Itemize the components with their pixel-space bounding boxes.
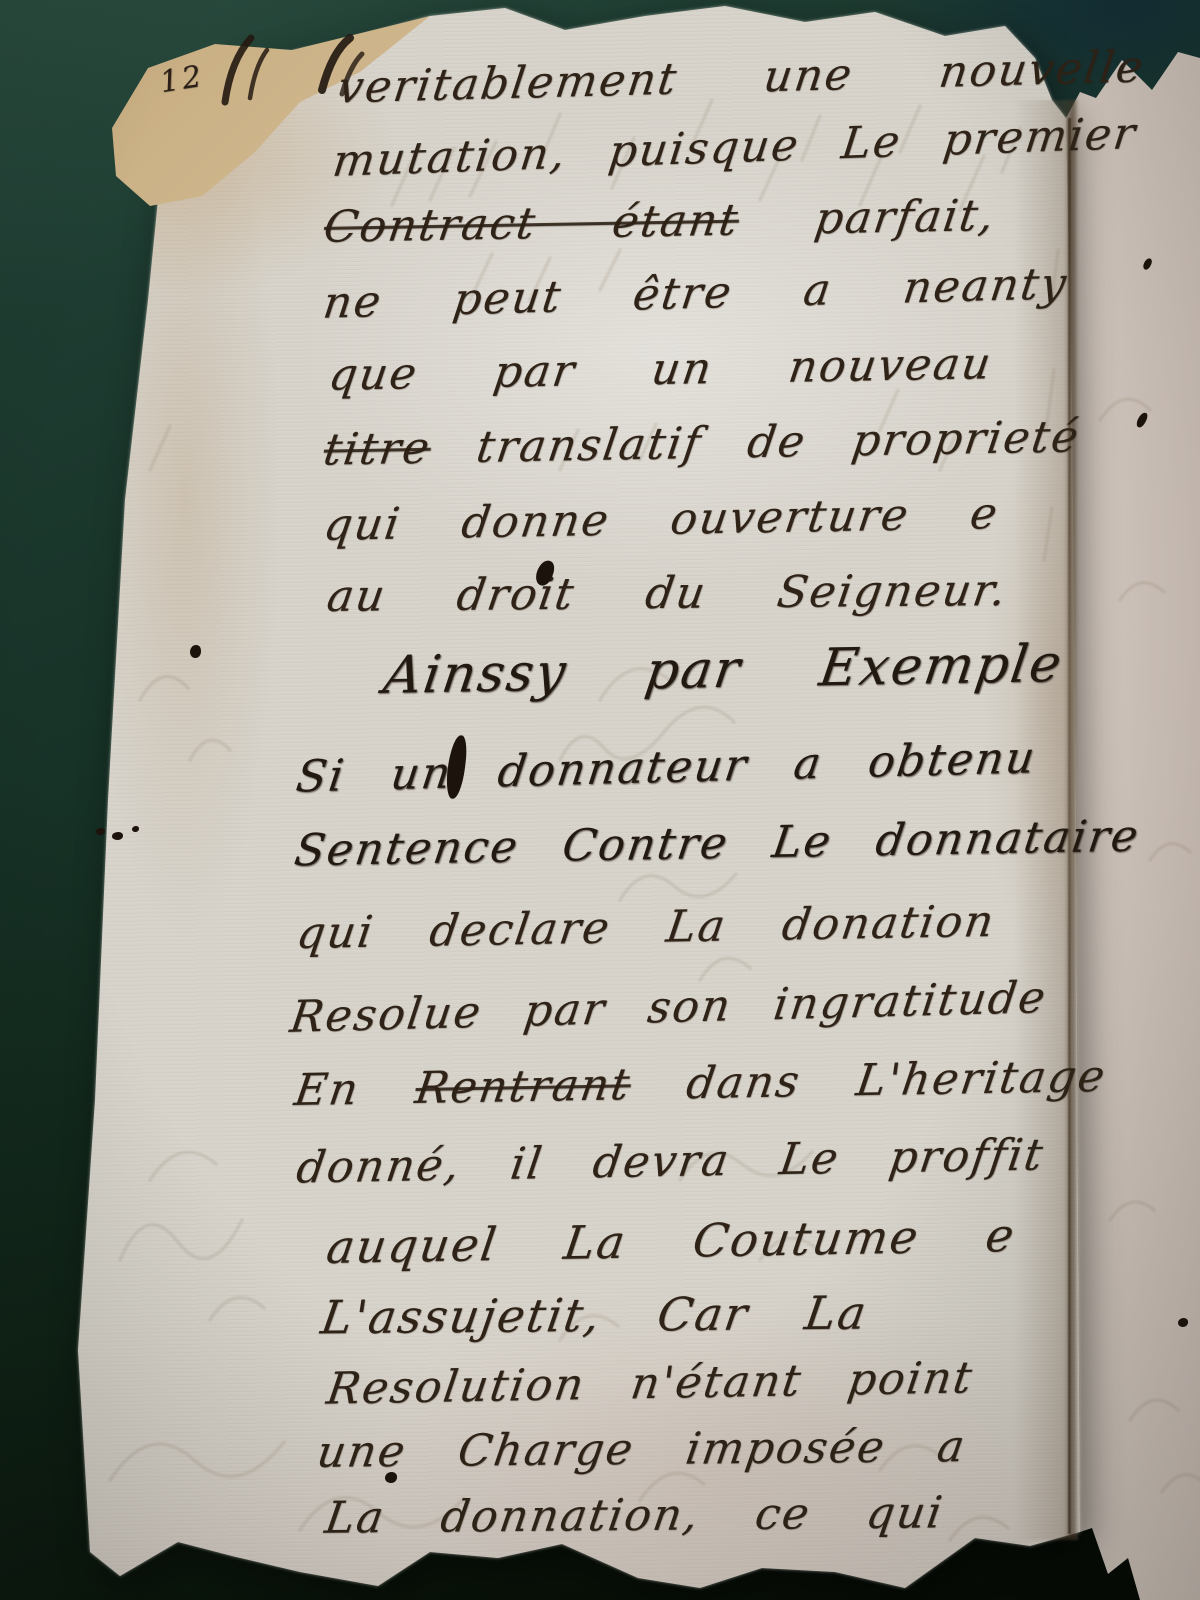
manuscript-line: que par un nouveau — [326, 338, 996, 401]
manuscript-line: Resolution n'étant point — [324, 1352, 977, 1414]
manuscript-line: Ainssy par Exemple — [380, 634, 1067, 706]
ink-blot — [1178, 1318, 1188, 1327]
line-text-segment: dans L'heritage — [627, 1051, 1110, 1110]
ink-blot — [132, 826, 139, 832]
line-text-segment: Contract étant — [321, 195, 743, 253]
manuscript-line: Si un donnateur a obtenu — [293, 732, 1039, 802]
line-text-segment: titre — [320, 423, 434, 476]
line-text-segment: parfait, — [735, 190, 999, 245]
handwritten-text: veritablement une nouvelle mutation, pui… — [0, 0, 1200, 1600]
line-text-segment: En — [291, 1063, 419, 1116]
ink-blot — [96, 828, 105, 835]
line-text-segment: translatif de proprieté — [427, 411, 1083, 473]
ink-blot — [385, 1472, 397, 1483]
manuscript-line: En Rentrant dans L'heritage — [291, 1051, 1109, 1116]
ink-blot — [112, 832, 123, 840]
manuscript-line: qui donne ouverture e — [321, 488, 1003, 551]
manuscript-line: Resolue par son ingratitude — [287, 972, 1050, 1043]
manuscript-line: une Charge imposée a — [314, 1421, 970, 1478]
manuscript-line: mutation, puisque Le premier — [330, 108, 1140, 187]
manuscript-line: titre translatif de proprieté — [320, 411, 1083, 475]
ink-blot — [190, 645, 201, 658]
manuscript-photo: 12 veritablement une nouvelle mutation, … — [0, 0, 1200, 1600]
manuscript-line: L'assujetit, Car La — [318, 1286, 872, 1345]
manuscript-line: au droit du Seigneur. — [324, 565, 1011, 622]
manuscript-line: ne peut être a neanty — [320, 258, 1071, 328]
manuscript-line: donné, il devra Le proffit — [293, 1130, 1047, 1194]
manuscript-line: Contract étant parfait, — [321, 190, 999, 253]
manuscript-line: qui declare La donation — [293, 896, 998, 959]
manuscript-line: Sentence Contre Le donnataire — [291, 811, 1143, 877]
manuscript-line: auquel La Coutume e — [323, 1208, 1019, 1274]
manuscript-line: La donnation, ce qui — [322, 1487, 947, 1543]
manuscript-line: veritablement une nouvelle — [335, 41, 1148, 113]
line-text-segment: Rentrant — [412, 1059, 634, 1114]
